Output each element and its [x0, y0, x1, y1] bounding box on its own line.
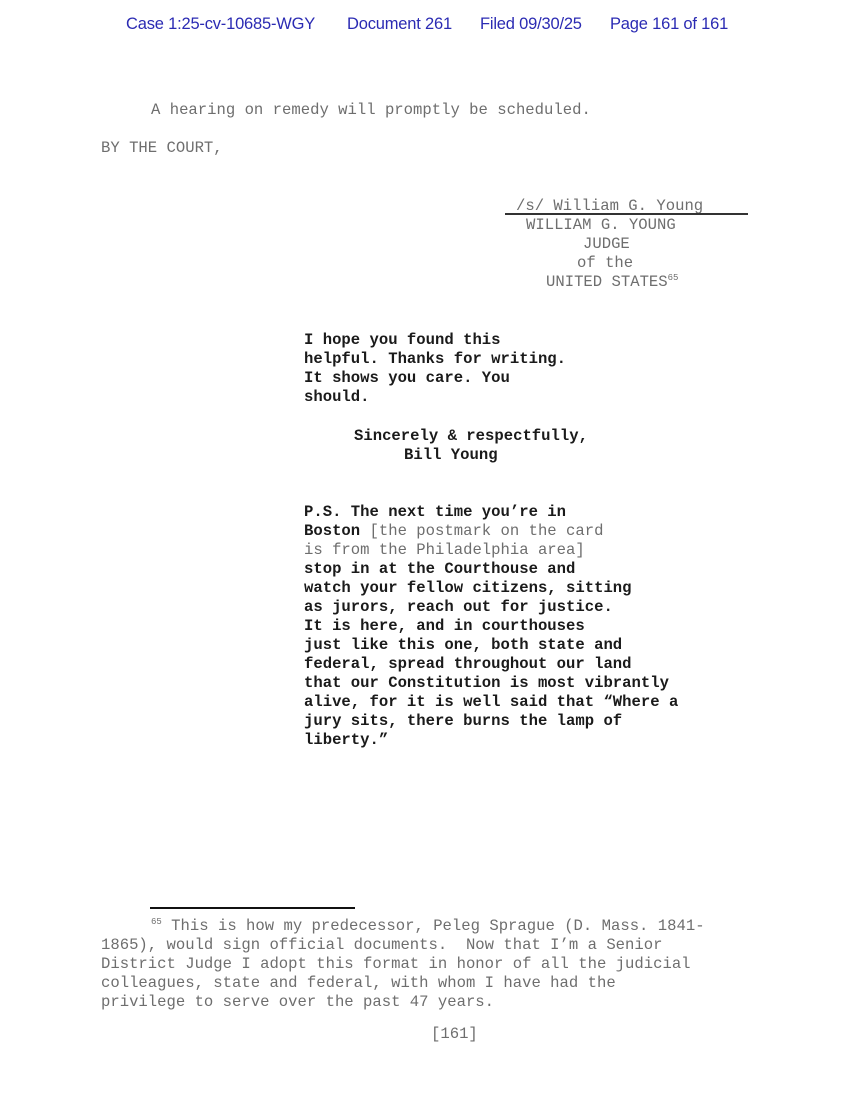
document-number: Document 261 — [347, 15, 452, 34]
signature-line — [505, 213, 748, 215]
ps-line: watch your fellow citizens, sitting — [304, 579, 632, 598]
ps-line: liberty.” — [304, 731, 388, 750]
by-the-court: BY THE COURT, — [101, 139, 223, 158]
footnote-number: 65 — [151, 917, 162, 927]
footnote-line: privilege to serve over the past 47 year… — [101, 993, 494, 1012]
footnote-line: District Judge I adopt this format in ho… — [101, 955, 691, 974]
footnote-reference: 65 — [668, 273, 679, 283]
footnote-line: colleagues, state and federal, with whom… — [101, 974, 616, 993]
ps-line: alive, for it is well said that “Where a — [304, 693, 678, 712]
ps-line: just like this one, both state and — [304, 636, 622, 655]
ps-line: jury sits, there burns the lamp of — [304, 712, 622, 731]
ps-line: stop in at the Courthouse and — [304, 560, 575, 579]
filed-date: Filed 09/30/25 — [480, 15, 582, 34]
note-line: helpful. Thanks for writing. — [304, 350, 566, 369]
ps-boston: Boston — [304, 522, 360, 540]
footnote-line: 1865), would sign official documents. No… — [101, 936, 662, 955]
page-indicator: Page 161 of 161 — [610, 15, 728, 34]
ps-line: It is here, and in courthouses — [304, 617, 585, 636]
footnote-text: This is how my predecessor, Peleg Spragu… — [162, 917, 705, 935]
note-line: I hope you found this — [304, 331, 501, 350]
footnote-line: 65 This is how my predecessor, Peleg Spr… — [151, 917, 705, 936]
country: UNITED STATES65 — [546, 273, 678, 292]
judge-title: JUDGE — [583, 235, 630, 254]
ps-line: that our Constitution is most vibrantly — [304, 674, 669, 693]
ps-line: federal, spread throughout our land — [304, 655, 632, 674]
hearing-sentence: A hearing on remedy will promptly be sch… — [151, 101, 591, 120]
note-signer: Bill Young — [404, 446, 498, 465]
note-line: should. — [304, 388, 370, 407]
judge-name: WILLIAM G. YOUNG — [526, 216, 676, 235]
ps-bracket: [the postmark on the card — [360, 522, 603, 540]
of-the: of the — [577, 254, 633, 273]
note-closing: Sincerely & respectfully, — [354, 427, 588, 446]
note-line: It shows you care. You — [304, 369, 510, 388]
ps-line: Boston [the postmark on the card — [304, 522, 603, 541]
page-number: [161] — [431, 1025, 478, 1044]
ps-line: as jurors, reach out for justice. — [304, 598, 613, 617]
country-text: UNITED STATES — [546, 273, 668, 291]
footnote-divider — [150, 907, 355, 909]
case-number: Case 1:25-cv-10685-WGY — [126, 15, 315, 34]
ps-bracket: is from the Philadelphia area] — [304, 541, 585, 560]
ps-line: P.S. The next time you’re in — [304, 503, 566, 522]
